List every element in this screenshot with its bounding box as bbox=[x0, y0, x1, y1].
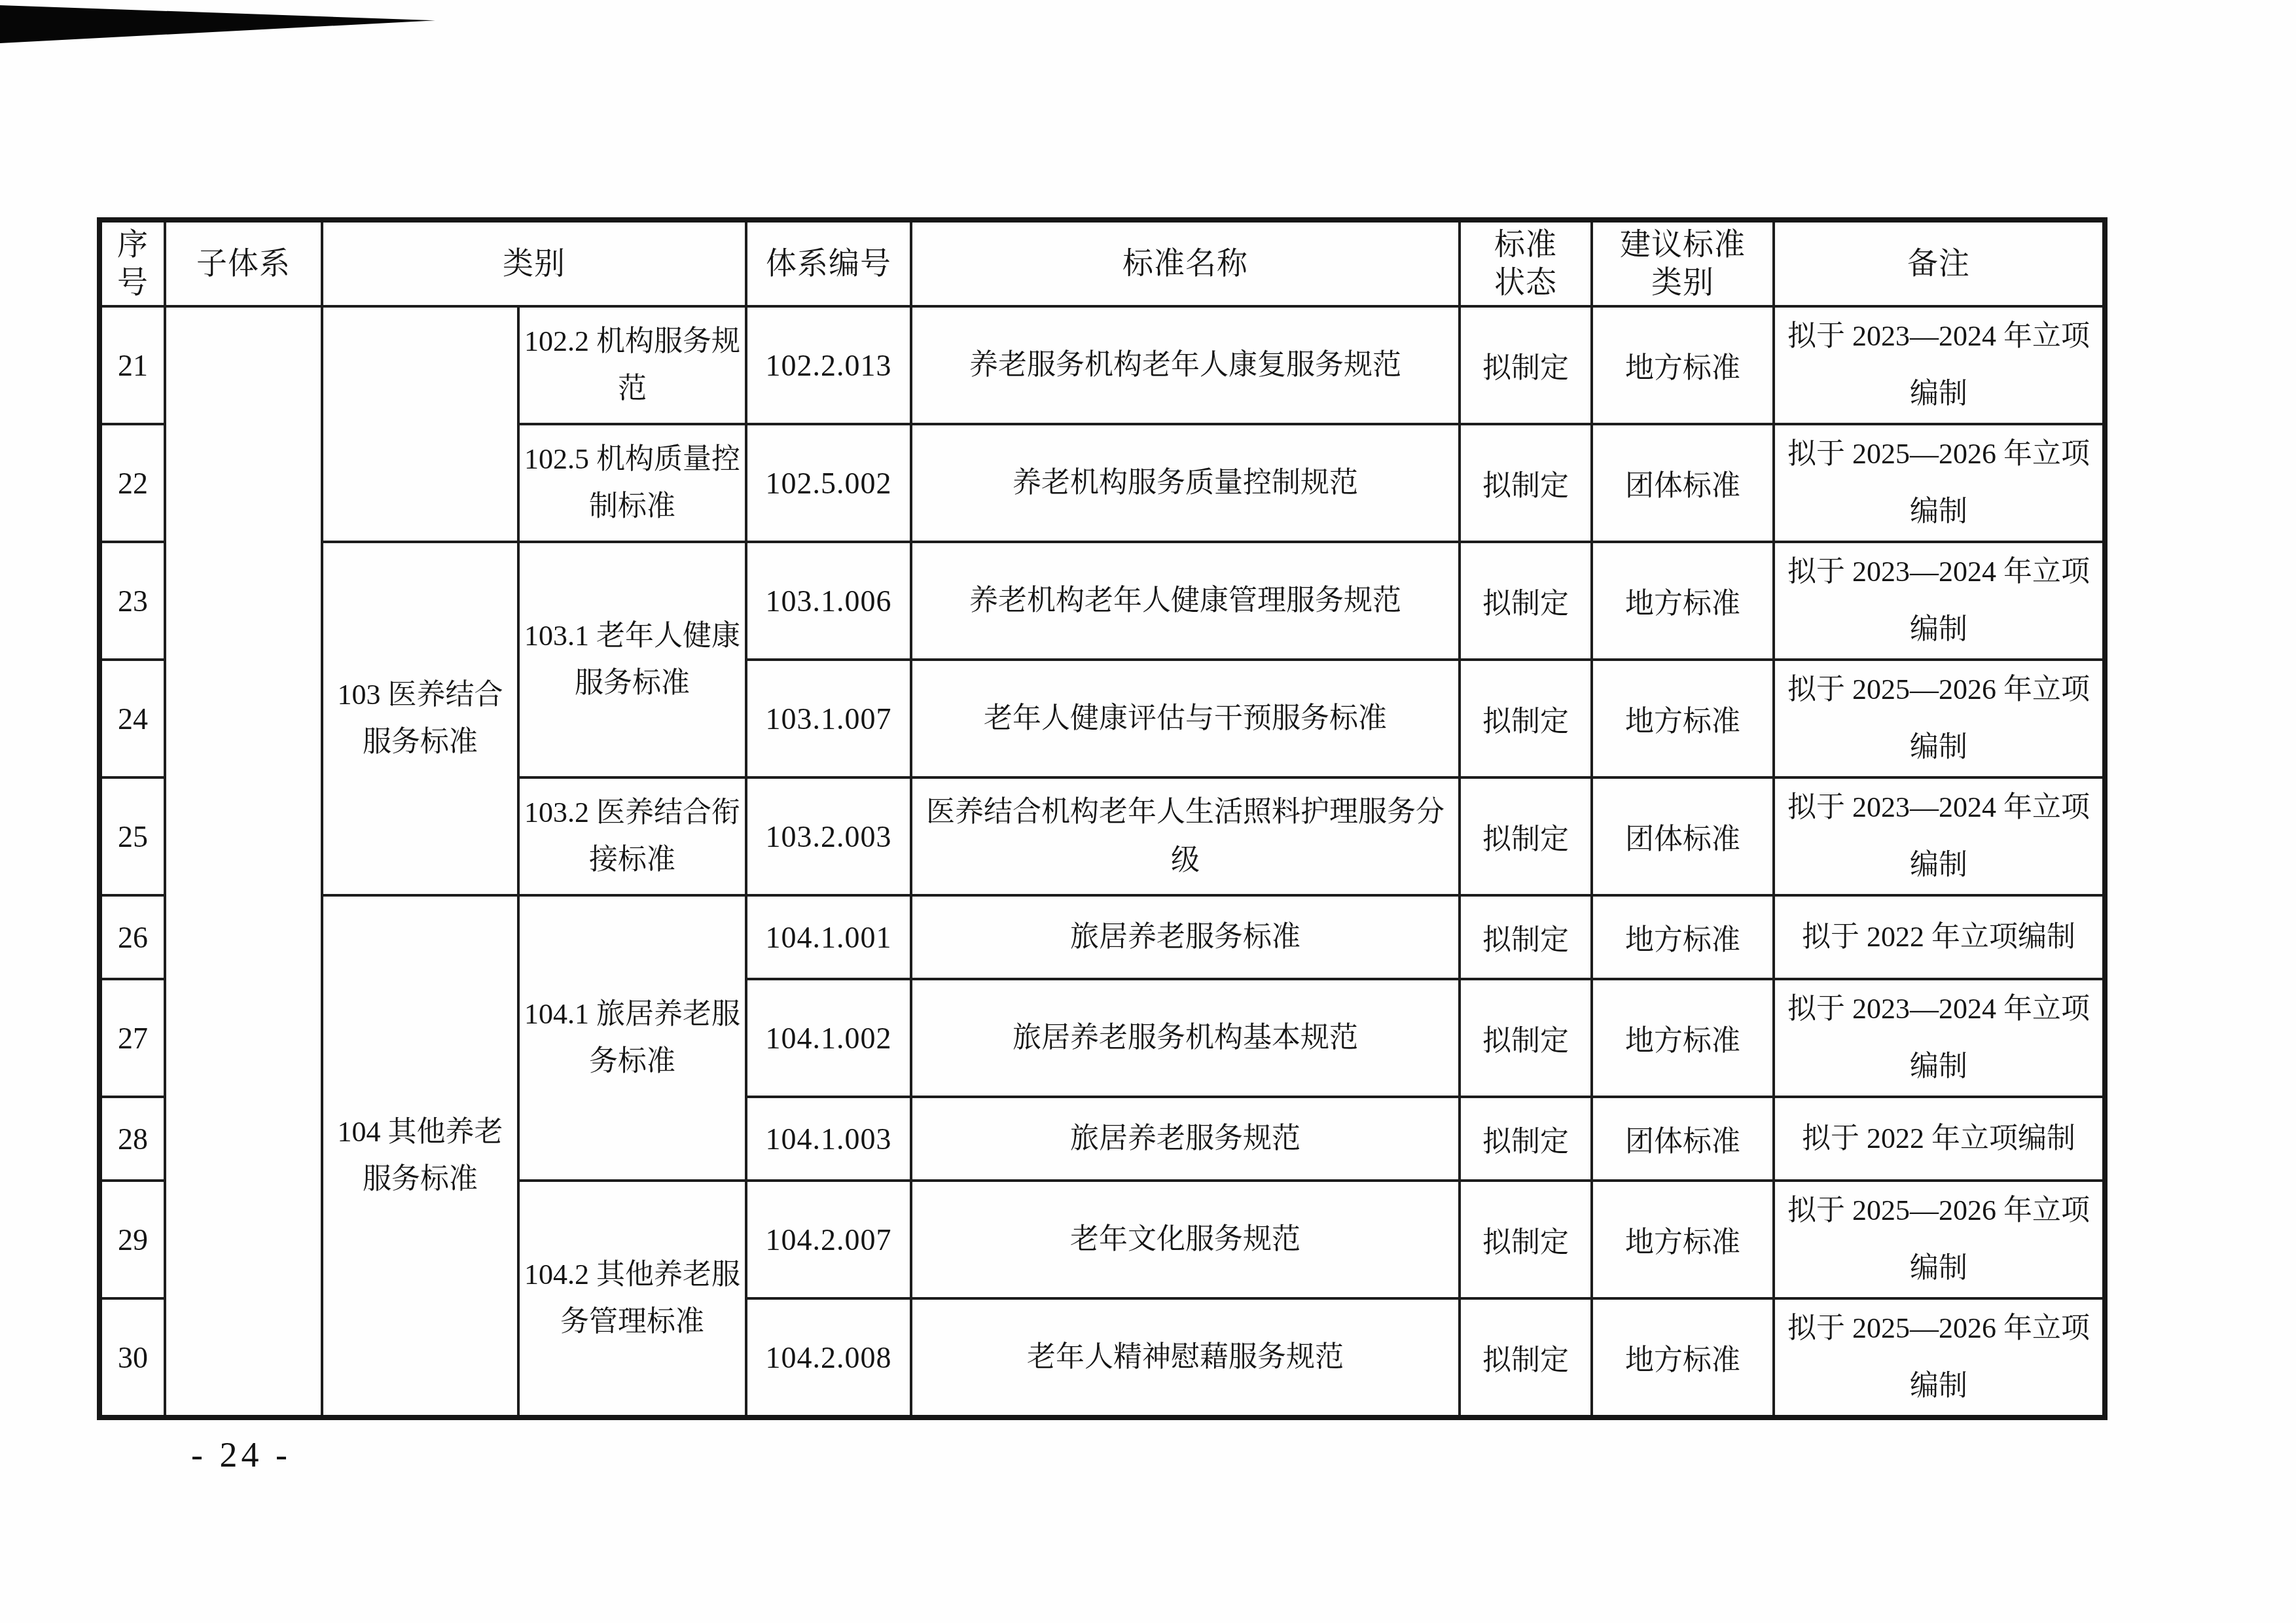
remark-cell: 拟于 2023—2024 年立项编制 bbox=[1774, 542, 2105, 660]
type-cell: 团体标准 bbox=[1592, 777, 1774, 895]
seq-cell: 28 bbox=[99, 1097, 165, 1181]
seq-cell: 30 bbox=[99, 1298, 165, 1418]
seq-cell: 22 bbox=[99, 424, 165, 542]
subcategory-cell: 103.1 老年人健康服务标准 bbox=[518, 542, 746, 777]
code-cell: 103.1.007 bbox=[746, 660, 911, 777]
seq-cell: 21 bbox=[99, 306, 165, 424]
remark-cell: 拟于 2022 年立项编制 bbox=[1774, 1097, 2105, 1181]
status-cell: 拟制定 bbox=[1460, 895, 1592, 979]
standards-plan-table: 序 号 子体系 类别 体系编号 标准名称 标准 状态 建议标准 类别 备注 21… bbox=[97, 217, 2108, 1420]
code-cell: 104.1.003 bbox=[746, 1097, 911, 1181]
category-group-cell: 103 医养结合服务标准 bbox=[322, 542, 518, 895]
remark-cell: 拟于 2025—2026 年立项编制 bbox=[1774, 1298, 2105, 1418]
status-cell: 拟制定 bbox=[1460, 1181, 1592, 1298]
seq-cell: 26 bbox=[99, 895, 165, 979]
header-system-code: 体系编号 bbox=[746, 220, 911, 306]
table-row: 26 104 其他养老服务标准 104.1 旅居养老服务标准 104.1.001… bbox=[99, 895, 2105, 979]
page-number: - 24 - bbox=[191, 1435, 291, 1475]
standard-name-cell: 老年人精神慰藉服务规范 bbox=[911, 1298, 1460, 1418]
seq-cell: 23 bbox=[99, 542, 165, 660]
table-row: 23 103 医养结合服务标准 103.1 老年人健康服务标准 103.1.00… bbox=[99, 542, 2105, 660]
standard-name-cell: 医养结合机构老年人生活照料护理服务分级 bbox=[911, 777, 1460, 895]
remark-cell: 拟于 2023—2024 年立项编制 bbox=[1774, 777, 2105, 895]
type-cell: 团体标准 bbox=[1592, 1097, 1774, 1181]
type-cell: 地方标准 bbox=[1592, 306, 1774, 424]
seq-cell: 29 bbox=[99, 1181, 165, 1298]
standard-name-cell: 老年人健康评估与干预服务标准 bbox=[911, 660, 1460, 777]
subcategory-cell: 102.2 机构服务规范 bbox=[518, 306, 746, 424]
seq-cell: 24 bbox=[99, 660, 165, 777]
standard-name-cell: 养老服务机构老年人康复服务规范 bbox=[911, 306, 1460, 424]
scanned-document-page: 序 号 子体系 类别 体系编号 标准名称 标准 状态 建议标准 类别 备注 21… bbox=[0, 0, 2296, 1623]
table-header-row: 序 号 子体系 类别 体系编号 标准名称 标准 状态 建议标准 类别 备注 bbox=[99, 220, 2105, 306]
standard-name-cell: 养老机构老年人健康管理服务规范 bbox=[911, 542, 1460, 660]
remark-cell: 拟于 2023—2024 年立项编制 bbox=[1774, 979, 2105, 1097]
subcategory-cell: 102.5 机构质量控制标准 bbox=[518, 424, 746, 542]
status-cell: 拟制定 bbox=[1460, 306, 1592, 424]
header-suggested-type: 建议标准 类别 bbox=[1592, 220, 1774, 306]
status-cell: 拟制定 bbox=[1460, 1097, 1592, 1181]
standard-name-cell: 旅居养老服务标准 bbox=[911, 895, 1460, 979]
type-cell: 地方标准 bbox=[1592, 895, 1774, 979]
code-cell: 104.1.002 bbox=[746, 979, 911, 1097]
code-cell: 104.2.008 bbox=[746, 1298, 911, 1418]
standard-name-cell: 老年文化服务规范 bbox=[911, 1181, 1460, 1298]
code-cell: 103.2.003 bbox=[746, 777, 911, 895]
subsystem-cell bbox=[165, 306, 322, 1418]
type-cell: 地方标准 bbox=[1592, 542, 1774, 660]
header-category: 类别 bbox=[322, 220, 746, 306]
standard-name-cell: 养老机构服务质量控制规范 bbox=[911, 424, 1460, 542]
remark-cell: 拟于 2025—2026 年立项编制 bbox=[1774, 1181, 2105, 1298]
type-cell: 地方标准 bbox=[1592, 660, 1774, 777]
remark-cell: 拟于 2025—2026 年立项编制 bbox=[1774, 660, 2105, 777]
status-cell: 拟制定 bbox=[1460, 1298, 1592, 1418]
remark-cell: 拟于 2023—2024 年立项编制 bbox=[1774, 306, 2105, 424]
category-group-cell bbox=[322, 306, 518, 542]
status-cell: 拟制定 bbox=[1460, 424, 1592, 542]
status-cell: 拟制定 bbox=[1460, 542, 1592, 660]
header-subsystem: 子体系 bbox=[165, 220, 322, 306]
seq-cell: 25 bbox=[99, 777, 165, 895]
code-cell: 102.2.013 bbox=[746, 306, 911, 424]
header-standard-status: 标准 状态 bbox=[1460, 220, 1592, 306]
header-seq: 序 号 bbox=[99, 220, 165, 306]
remark-cell: 拟于 2022 年立项编制 bbox=[1774, 895, 2105, 979]
header-remark: 备注 bbox=[1774, 220, 2105, 306]
code-cell: 103.1.006 bbox=[746, 542, 911, 660]
subcategory-cell: 104.1 旅居养老服务标准 bbox=[518, 895, 746, 1181]
type-cell: 地方标准 bbox=[1592, 1298, 1774, 1418]
header-standard-name: 标准名称 bbox=[911, 220, 1460, 306]
code-cell: 102.5.002 bbox=[746, 424, 911, 542]
standard-name-cell: 旅居养老服务机构基本规范 bbox=[911, 979, 1460, 1097]
remark-cell: 拟于 2025—2026 年立项编制 bbox=[1774, 424, 2105, 542]
seq-cell: 27 bbox=[99, 979, 165, 1097]
status-cell: 拟制定 bbox=[1460, 660, 1592, 777]
status-cell: 拟制定 bbox=[1460, 777, 1592, 895]
code-cell: 104.1.001 bbox=[746, 895, 911, 979]
code-cell: 104.2.007 bbox=[746, 1181, 911, 1298]
scan-artifact-wedge bbox=[0, 5, 435, 43]
category-group-cell: 104 其他养老服务标准 bbox=[322, 895, 518, 1418]
type-cell: 团体标准 bbox=[1592, 424, 1774, 542]
type-cell: 地方标准 bbox=[1592, 979, 1774, 1097]
status-cell: 拟制定 bbox=[1460, 979, 1592, 1097]
subcategory-cell: 103.2 医养结合衔接标准 bbox=[518, 777, 746, 895]
table-row: 21 102.2 机构服务规范 102.2.013 养老服务机构老年人康复服务规… bbox=[99, 306, 2105, 424]
standard-name-cell: 旅居养老服务规范 bbox=[911, 1097, 1460, 1181]
type-cell: 地方标准 bbox=[1592, 1181, 1774, 1298]
subcategory-cell: 104.2 其他养老服务管理标准 bbox=[518, 1181, 746, 1418]
